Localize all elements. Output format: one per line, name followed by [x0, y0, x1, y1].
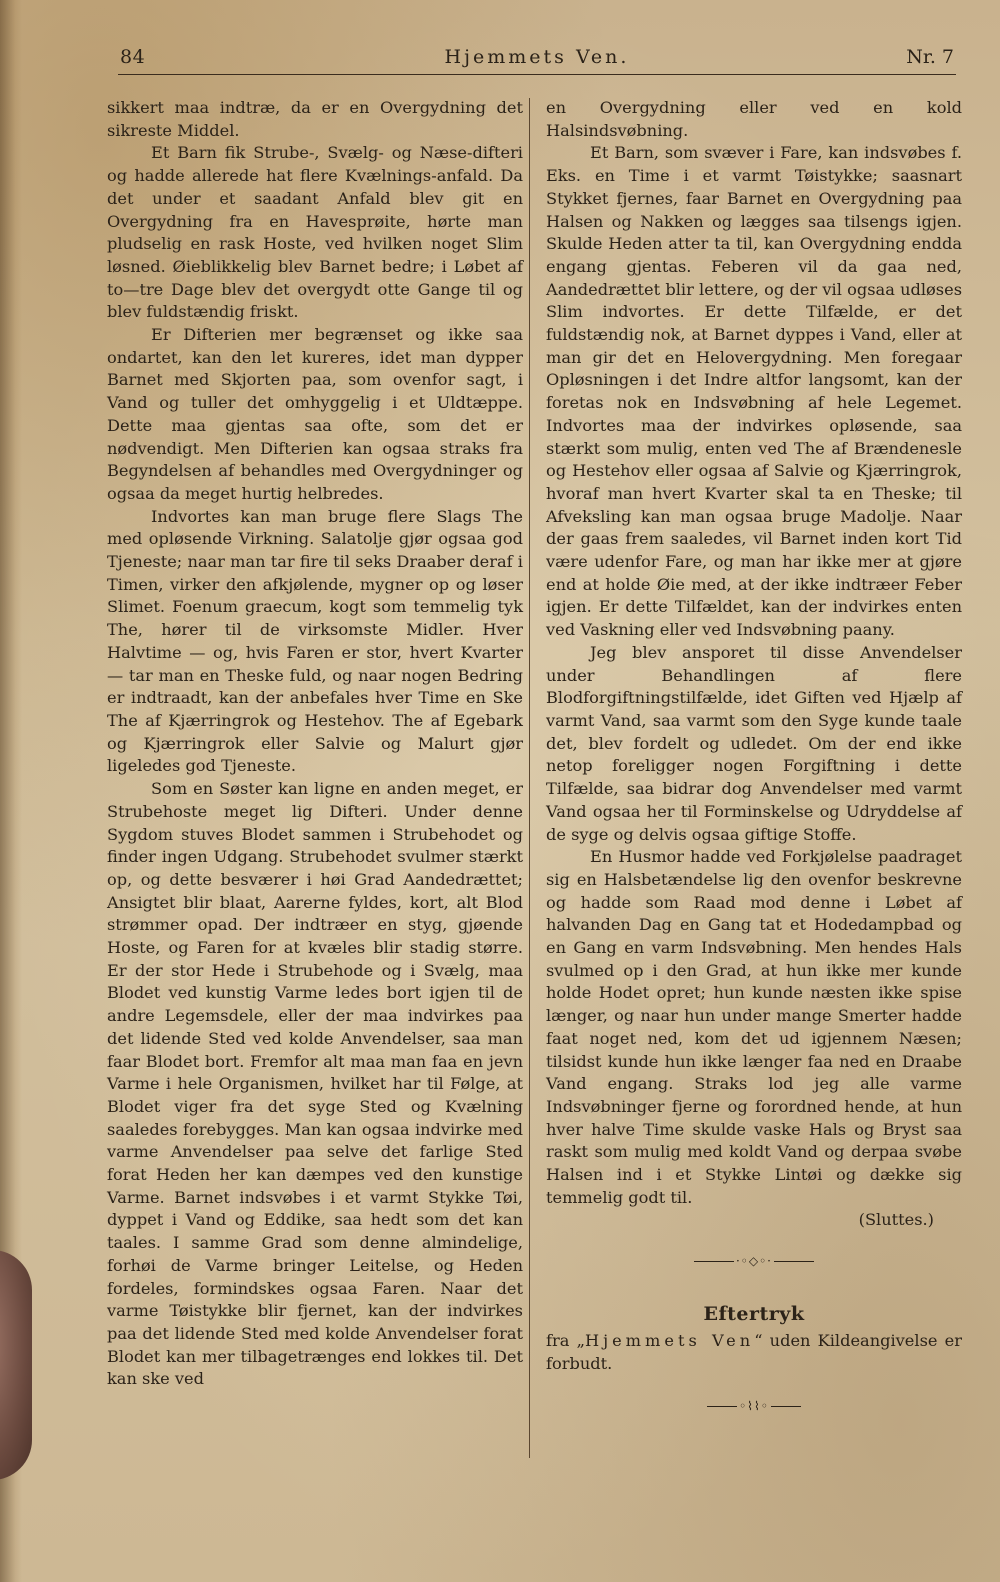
page-header: 84 Hjemmets Ven. Nr. 7: [118, 44, 956, 72]
to-be-continued-note: (Sluttes.): [546, 1209, 962, 1232]
ornament-line: [694, 1261, 734, 1262]
paragraph: Som en Søster kan ligne en anden meget, …: [107, 778, 523, 1391]
column-divider: [529, 98, 530, 1458]
reprint-notice: fra „Hjemmets Ven“ uden Kildeangivelse e…: [546, 1330, 962, 1375]
ornament-divider-end: ◦⌇⌇◦: [546, 1395, 962, 1418]
paragraph: En Husmor hadde ved Forkjølelse paadrage…: [546, 846, 962, 1209]
paragraph: Et Barn, som svæver i Fare, kan indsvøbe…: [546, 142, 962, 641]
ornament-line: [707, 1406, 737, 1407]
ornament-line: [774, 1261, 814, 1262]
paragraph: sikkert maa indtræ, da er en Overgydning…: [107, 97, 523, 142]
paragraph: Er Difterien mer begrænset og ikke saa o…: [107, 324, 523, 506]
paragraph: en Overgydning eller ved en kold Halsind…: [546, 97, 962, 142]
ornament-glyph: ·◦◇◦·: [734, 1250, 774, 1273]
issue-number: Nr. 7: [906, 46, 954, 68]
header-rule: [118, 74, 956, 75]
left-column: sikkert maa indtræ, da er en Overgydning…: [107, 97, 523, 1391]
right-column: en Overgydning eller ved en kold Halsind…: [546, 97, 962, 1418]
thumb-holding-page: [0, 1250, 32, 1480]
ornament-line: [771, 1406, 801, 1407]
ornament-divider: ·◦◇◦·: [546, 1250, 962, 1273]
notice-title: Eftertryk: [546, 1303, 962, 1326]
paragraph: Indvortes kan man bruge flere Slags The …: [107, 506, 523, 778]
notice-publication: Hjemmets Ven: [585, 1331, 754, 1350]
notice-prefix: fra „: [546, 1331, 585, 1350]
paragraph: Et Barn fik Strube-, Svælg- og Næse-dift…: [107, 142, 523, 324]
publication-title: Hjemmets Ven.: [118, 46, 956, 68]
paragraph: Jeg blev ansporet til disse Anvendelser …: [546, 642, 962, 846]
ornament-glyph: ◦⌇⌇◦: [737, 1395, 771, 1418]
